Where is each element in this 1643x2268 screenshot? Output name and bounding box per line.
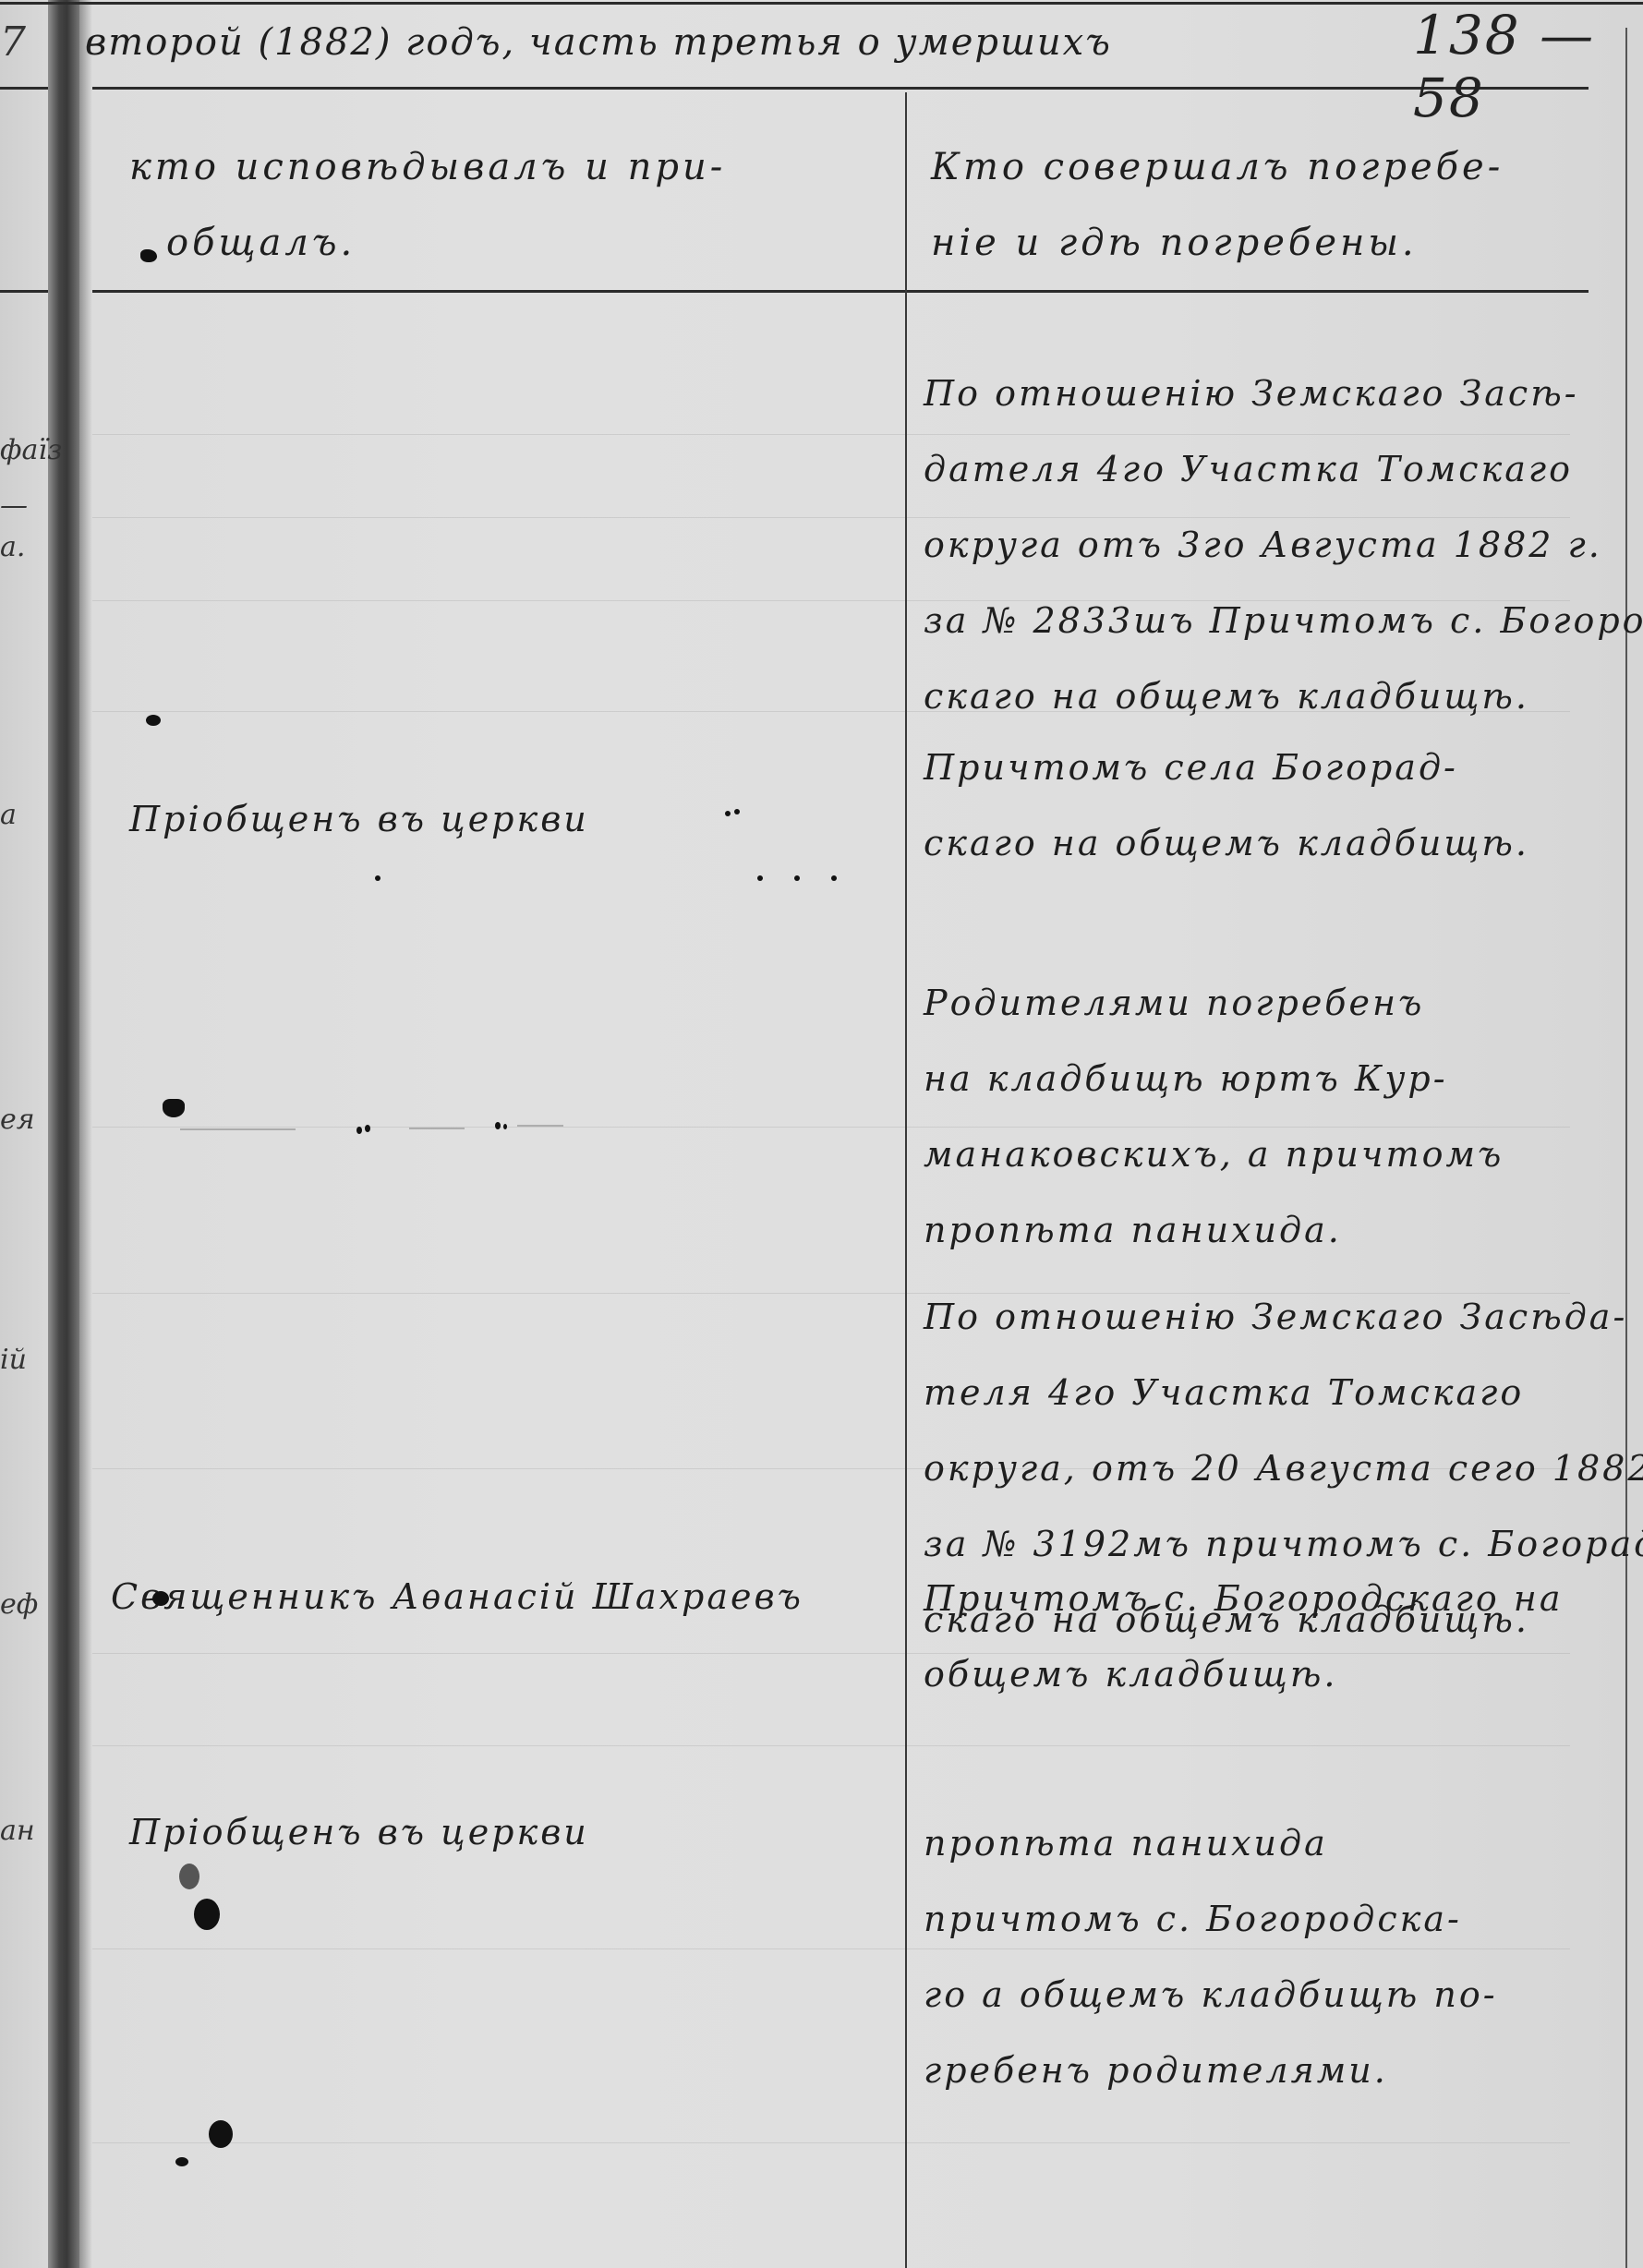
burial-line: на кладбищѣ юртъ Кур- xyxy=(924,1041,1625,1116)
margin-fragment: ій xyxy=(0,1344,27,1376)
header-title: второй (1882) годъ, часть третья о умерш… xyxy=(85,24,1112,61)
ditto-dash xyxy=(180,1128,296,1130)
burial-line: общемъ кладбищѣ. xyxy=(924,1636,1625,1712)
confession-cell-entry-2: Пріобщенъ въ церкви xyxy=(129,802,589,837)
burial-line: гребенъ родителями. xyxy=(924,2033,1625,2108)
ink-blot xyxy=(179,1864,199,1889)
column-heading-burial: Кто совершалъ погребе- ніе и гдѣ погребе… xyxy=(931,129,1633,281)
ditto-mark xyxy=(794,875,800,881)
burial-line: Причтомъ с. Богородскаго на xyxy=(924,1561,1625,1636)
ditto-mark xyxy=(495,1122,501,1129)
header-rule xyxy=(92,87,1589,90)
margin-fragment: а. xyxy=(0,531,25,563)
ink-blot xyxy=(146,715,161,726)
confession-cell-entry-5: Священникъ Аѳанасій Шахраевъ xyxy=(111,1579,803,1614)
margin-fragment: фаїз xyxy=(0,434,62,466)
binding-gutter xyxy=(48,0,79,2268)
right-edge-rule xyxy=(1625,28,1627,2268)
burial-cell-entry-3: Родителями погребенъ на кладбищѣ юртъ Ку… xyxy=(924,965,1625,1268)
column-heading-line: Кто совершалъ погребе- xyxy=(931,129,1633,205)
burial-line: теля 4го Участка Томскаго xyxy=(924,1355,1625,1430)
column-heading-line: кто исповѣдывалъ и при- xyxy=(129,129,896,205)
faint-rule xyxy=(92,2142,1570,2143)
burial-line: манаковскихъ, а причтомъ xyxy=(924,1116,1625,1192)
burial-line: скаго на общемъ кладбищѣ. xyxy=(924,658,1625,734)
confession-cell-entry-6: Пріобщенъ въ церкви xyxy=(129,1815,589,1850)
folio-number: 138 — 58 xyxy=(1413,4,1643,129)
ink-blot xyxy=(175,2157,188,2166)
burial-line: причтомъ с. Богородска- xyxy=(924,1881,1625,1957)
burial-cell-entry-6: пропѣта панихида причтомъ с. Богородска-… xyxy=(924,1805,1625,2108)
ink-blot xyxy=(209,2120,233,2148)
ditto-mark xyxy=(757,875,763,881)
ditto-mark xyxy=(831,875,837,881)
margin-fragment: — xyxy=(0,489,28,522)
burial-line: за № 2833шъ Причтомъ с. Богород- xyxy=(924,583,1625,658)
top-rule xyxy=(0,2,1643,5)
margin-fragment: а xyxy=(0,799,17,831)
register-page: второй (1882) годъ, часть третья о умерш… xyxy=(0,0,1643,2268)
header-rule-left xyxy=(0,87,48,90)
burial-cell-entry-1: По отношенію Земскаго Засѣ- дателя 4го У… xyxy=(924,356,1625,734)
column-divider xyxy=(905,92,907,2268)
burial-line: Родителями погребенъ xyxy=(924,965,1625,1041)
column-heading-rule xyxy=(92,290,1589,293)
burial-line: По отношенію Земскаго Засѣ- xyxy=(924,356,1625,431)
ditto-dash xyxy=(409,1128,465,1129)
ditto-mark xyxy=(503,1124,507,1129)
column-heading-line: ніе и гдѣ погребены. xyxy=(931,205,1633,281)
ditto-mark xyxy=(356,1127,362,1134)
column-heading-rule-left xyxy=(0,290,48,293)
ditto-mark xyxy=(725,811,731,816)
margin-fragment: 7 xyxy=(0,18,26,66)
margin-fragment: ея xyxy=(0,1104,35,1136)
margin-fragment: еф xyxy=(0,1588,38,1621)
ink-blot xyxy=(163,1099,185,1117)
burial-line: Причтомъ села Богорад- xyxy=(924,730,1625,805)
ditto-mark xyxy=(375,875,381,881)
ditto-mark xyxy=(734,809,740,814)
gutter-shadow xyxy=(79,0,92,2268)
burial-line: По отношенію Земскаго Засѣда- xyxy=(924,1279,1625,1355)
column-heading-line: общалъ. xyxy=(129,205,896,281)
margin-fragment: ан xyxy=(0,1815,35,1847)
burial-cell-entry-2: Причтомъ села Богорад- скаго на общемъ к… xyxy=(924,730,1625,881)
burial-line: скаго на общемъ кладбищѣ. xyxy=(924,805,1625,881)
ditto-mark xyxy=(365,1125,370,1132)
burial-line: округа отъ 3го Августа 1882 г. xyxy=(924,507,1625,583)
ink-blot xyxy=(152,1591,169,1606)
ink-blot xyxy=(140,249,157,262)
burial-line: пропѣта панихида. xyxy=(924,1192,1625,1268)
ditto-dash xyxy=(517,1125,563,1127)
burial-line: округа, отъ 20 Августа сего 1882 г. xyxy=(924,1430,1625,1506)
burial-cell-entry-5: Причтомъ с. Богородскаго на общемъ кладб… xyxy=(924,1561,1625,1712)
ink-blot xyxy=(194,1899,220,1930)
burial-line: дателя 4го Участка Томскаго xyxy=(924,431,1625,507)
faint-rule xyxy=(92,1745,1570,1746)
burial-line: го а общемъ кладбищѣ по- xyxy=(924,1957,1625,2033)
column-heading-confession: кто исповѣдывалъ и при- общалъ. xyxy=(129,129,896,281)
burial-line: пропѣта панихида xyxy=(924,1805,1625,1881)
